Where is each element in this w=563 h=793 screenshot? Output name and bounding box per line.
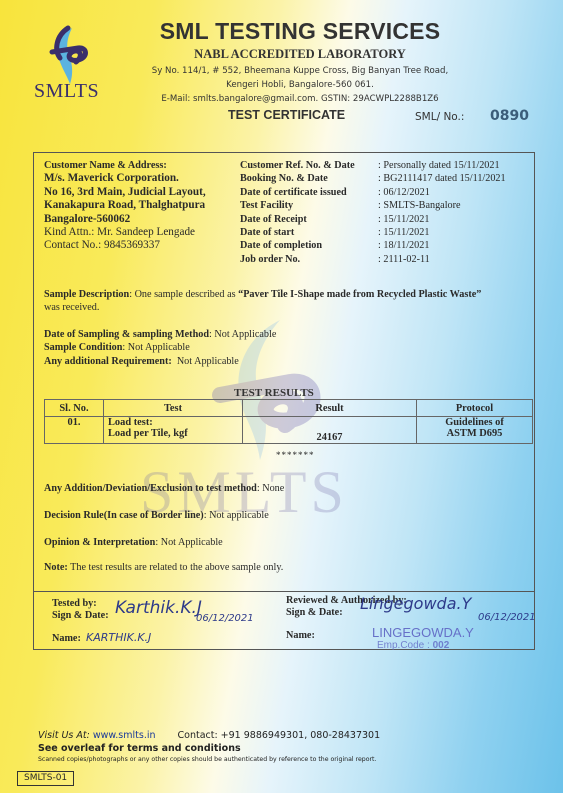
document-title: TEST CERTIFICATE bbox=[228, 108, 345, 122]
footer-contact: Contact: +91 9886949301, 080-28437301 bbox=[178, 730, 381, 741]
sample-description: Sample Description: One sample described… bbox=[44, 288, 534, 301]
info-row: Date of Receipt: 15/11/2021 bbox=[240, 213, 506, 226]
note-value: The test results are related to the abov… bbox=[68, 562, 284, 573]
test-results-title: TEST RESULTS bbox=[234, 387, 314, 399]
footer-contact-line: Visit Us At: www.smlts.inContact: +91 98… bbox=[38, 729, 380, 742]
emp-code: Emp.Code : 002 bbox=[377, 640, 449, 651]
sml-number-label: SML/ No.: bbox=[415, 111, 464, 123]
condition-label: Sample Condition bbox=[44, 342, 122, 353]
protocol-line-2: ASTM D695 bbox=[421, 428, 528, 439]
reviewed-sign-date: 06/12/2021 bbox=[478, 612, 536, 623]
sampling-value: : Not Applicable bbox=[209, 329, 276, 340]
additional-value: Not Applicable bbox=[172, 356, 239, 367]
sample-item: “Paver Tile I-Shape made from Recycled P… bbox=[238, 289, 481, 300]
test-parameter: Load per Tile, kgf bbox=[108, 428, 238, 439]
contact-number: Contact No.: 9845369337 bbox=[44, 239, 206, 252]
info-row: Customer Ref. No. & Date: Personally dat… bbox=[240, 159, 506, 172]
test-results-table: Sl. No. Test Result Protocol 01. Load te… bbox=[44, 399, 533, 444]
info-label: Date of completion bbox=[240, 239, 378, 252]
cell-sl-no: 01. bbox=[45, 417, 104, 444]
address-line-2: Kengeri Hobli, Bangalore-560 061. bbox=[120, 78, 480, 92]
info-value: : 15/11/2021 bbox=[378, 213, 429, 226]
info-value: : SMLTS-Bangalore bbox=[378, 199, 461, 212]
disclaimer: Scanned copies/photographs or any other … bbox=[38, 755, 380, 765]
address-line-1: Sy No. 114/1, # 552, Bheemana Kuppe Cros… bbox=[120, 64, 480, 78]
opinion-value: : Not Applicable bbox=[155, 537, 222, 548]
cell-test: Load test:Load per Tile, kgf bbox=[104, 417, 243, 444]
column-header: Result bbox=[243, 400, 417, 417]
sample-description-text: : One sample described as bbox=[129, 289, 238, 300]
deviation-value: : None bbox=[257, 483, 284, 494]
kind-attention: Kind Attn.: Mr. Sandeep Lengade bbox=[44, 226, 206, 239]
certificate-info: Customer Ref. No. & Date: Personally dat… bbox=[240, 159, 506, 266]
info-label: Booking No. & Date bbox=[240, 172, 378, 185]
sample-section: Sample Description: One sample described… bbox=[44, 288, 534, 368]
sample-condition: Sample Condition: Not Applicable bbox=[44, 341, 534, 354]
decision-value: : Not applicable bbox=[204, 510, 269, 521]
company-name: SML TESTING SERVICES bbox=[150, 18, 450, 45]
tested-name-label: Name: bbox=[52, 632, 81, 645]
email-gstin: E-Mail: smlts.bangalore@gmail.com. GSTIN… bbox=[120, 92, 480, 106]
cell-protocol: Guidelines ofASTM D695 bbox=[417, 417, 533, 444]
info-row: Job order No.: 2111-02-11 bbox=[240, 253, 506, 266]
column-header: Protocol bbox=[417, 400, 533, 417]
info-row: Date of completion: 18/11/2021 bbox=[240, 239, 506, 252]
info-value: : Personally dated 15/11/2021 bbox=[378, 159, 500, 172]
tested-signature: Karthik.K.J bbox=[115, 598, 202, 618]
customer-address-line-2: Kanakapura Road, Thalghatpura bbox=[44, 199, 206, 212]
info-value: : 18/11/2021 bbox=[378, 239, 429, 252]
sample-description-label: Sample Description bbox=[44, 289, 129, 300]
test-name: Load test: bbox=[108, 417, 238, 428]
info-value: : 15/11/2021 bbox=[378, 226, 429, 239]
terms-notice: See overleaf for terms and conditions bbox=[38, 742, 380, 755]
form-code: SMLTS-01 bbox=[17, 771, 74, 786]
customer-address-line-3: Bangalore-560062 bbox=[44, 213, 206, 226]
additional-label: Any additional Requirement: bbox=[44, 356, 172, 367]
note-label: Note: bbox=[44, 562, 68, 573]
sampling-method: Date of Sampling & sampling Method: Not … bbox=[44, 328, 534, 341]
reviewer-name-stamp: LINGEGOWDA.Y bbox=[372, 625, 474, 640]
opinion-label: Opinion & Interpretation bbox=[44, 537, 155, 548]
info-label: Date of certificate issued bbox=[240, 186, 378, 199]
accreditation: NABL ACCREDITED LABORATORY bbox=[150, 47, 450, 62]
decision-label: Decision Rule(In case of Border line) bbox=[44, 510, 204, 521]
deviation-label: Any Addition/Deviation/Exclusion to test… bbox=[44, 483, 257, 494]
sample-description-tail: was received. bbox=[44, 301, 534, 314]
reviewed-name-label: Name: bbox=[286, 629, 315, 642]
info-label: Job order No. bbox=[240, 253, 378, 266]
additional-requirement: Any additional Requirement: Not Applicab… bbox=[44, 355, 534, 368]
info-value: : 2111-02-11 bbox=[378, 253, 430, 266]
info-row: Date of start: 15/11/2021 bbox=[240, 226, 506, 239]
reviewed-sign-date-label: Sign & Date: bbox=[286, 606, 343, 619]
info-row: Date of certificate issued: 06/12/2021 bbox=[240, 186, 506, 199]
footer: Visit Us At: www.smlts.inContact: +91 98… bbox=[38, 729, 380, 765]
tested-sign-date-label: Sign & Date: bbox=[52, 609, 109, 622]
table-row: 01. Load test:Load per Tile, kgf 24167 G… bbox=[45, 417, 533, 444]
emp-code-value: 002 bbox=[433, 640, 450, 651]
protocol-line-1: Guidelines of bbox=[421, 417, 528, 428]
info-label: Date of Receipt bbox=[240, 213, 378, 226]
column-header: Sl. No. bbox=[45, 400, 104, 417]
logo-text: SMLTS bbox=[34, 80, 99, 103]
table-header-row: Sl. No. Test Result Protocol bbox=[45, 400, 533, 417]
signature-divider bbox=[33, 591, 535, 592]
info-label: Date of start bbox=[240, 226, 378, 239]
sampling-label: Date of Sampling & sampling Method bbox=[44, 329, 209, 340]
info-label: Test Facility bbox=[240, 199, 378, 212]
company-address: Sy No. 114/1, # 552, Bheemana Kuppe Cros… bbox=[120, 64, 480, 106]
customer-block: Customer Name & Address: M/s. Maverick C… bbox=[44, 159, 206, 253]
smlts-logo-icon bbox=[38, 22, 98, 86]
end-of-results-marker: ******* bbox=[276, 450, 315, 460]
info-value: : 06/12/2021 bbox=[378, 186, 430, 199]
customer-name: M/s. Maverick Corporation. bbox=[44, 172, 206, 185]
info-row: Booking No. & Date: BG2111417 dated 15/1… bbox=[240, 172, 506, 185]
tested-name: KARTHIK.K.J bbox=[86, 631, 151, 644]
column-header: Test bbox=[104, 400, 243, 417]
sml-number: 0890 bbox=[490, 108, 529, 124]
customer-address-line-1: No 16, 3rd Main, Judicial Layout, bbox=[44, 186, 206, 199]
tested-sign-date: 06/12/2021 bbox=[196, 613, 254, 624]
cell-result: 24167 bbox=[243, 417, 417, 444]
deviation-remark: Any Addition/Deviation/Exclusion to test… bbox=[44, 482, 284, 495]
emp-code-label: Emp.Code : bbox=[377, 640, 433, 651]
condition-value: : Not Applicable bbox=[122, 342, 189, 353]
info-value: : BG2111417 dated 15/11/2021 bbox=[378, 172, 506, 185]
reviewed-signature: Lingegowda.Y bbox=[360, 594, 471, 613]
visit-label: Visit Us At: bbox=[38, 730, 93, 741]
customer-heading: Customer Name & Address: bbox=[44, 159, 206, 172]
info-label: Customer Ref. No. & Date bbox=[240, 159, 378, 172]
info-row: Test Facility: SMLTS-Bangalore bbox=[240, 199, 506, 212]
website-link[interactable]: www.smlts.in bbox=[93, 730, 156, 741]
note: Note: The test results are related to th… bbox=[44, 561, 283, 574]
opinion-interpretation: Opinion & Interpretation: Not Applicable bbox=[44, 536, 223, 549]
decision-rule: Decision Rule(In case of Border line): N… bbox=[44, 509, 269, 522]
